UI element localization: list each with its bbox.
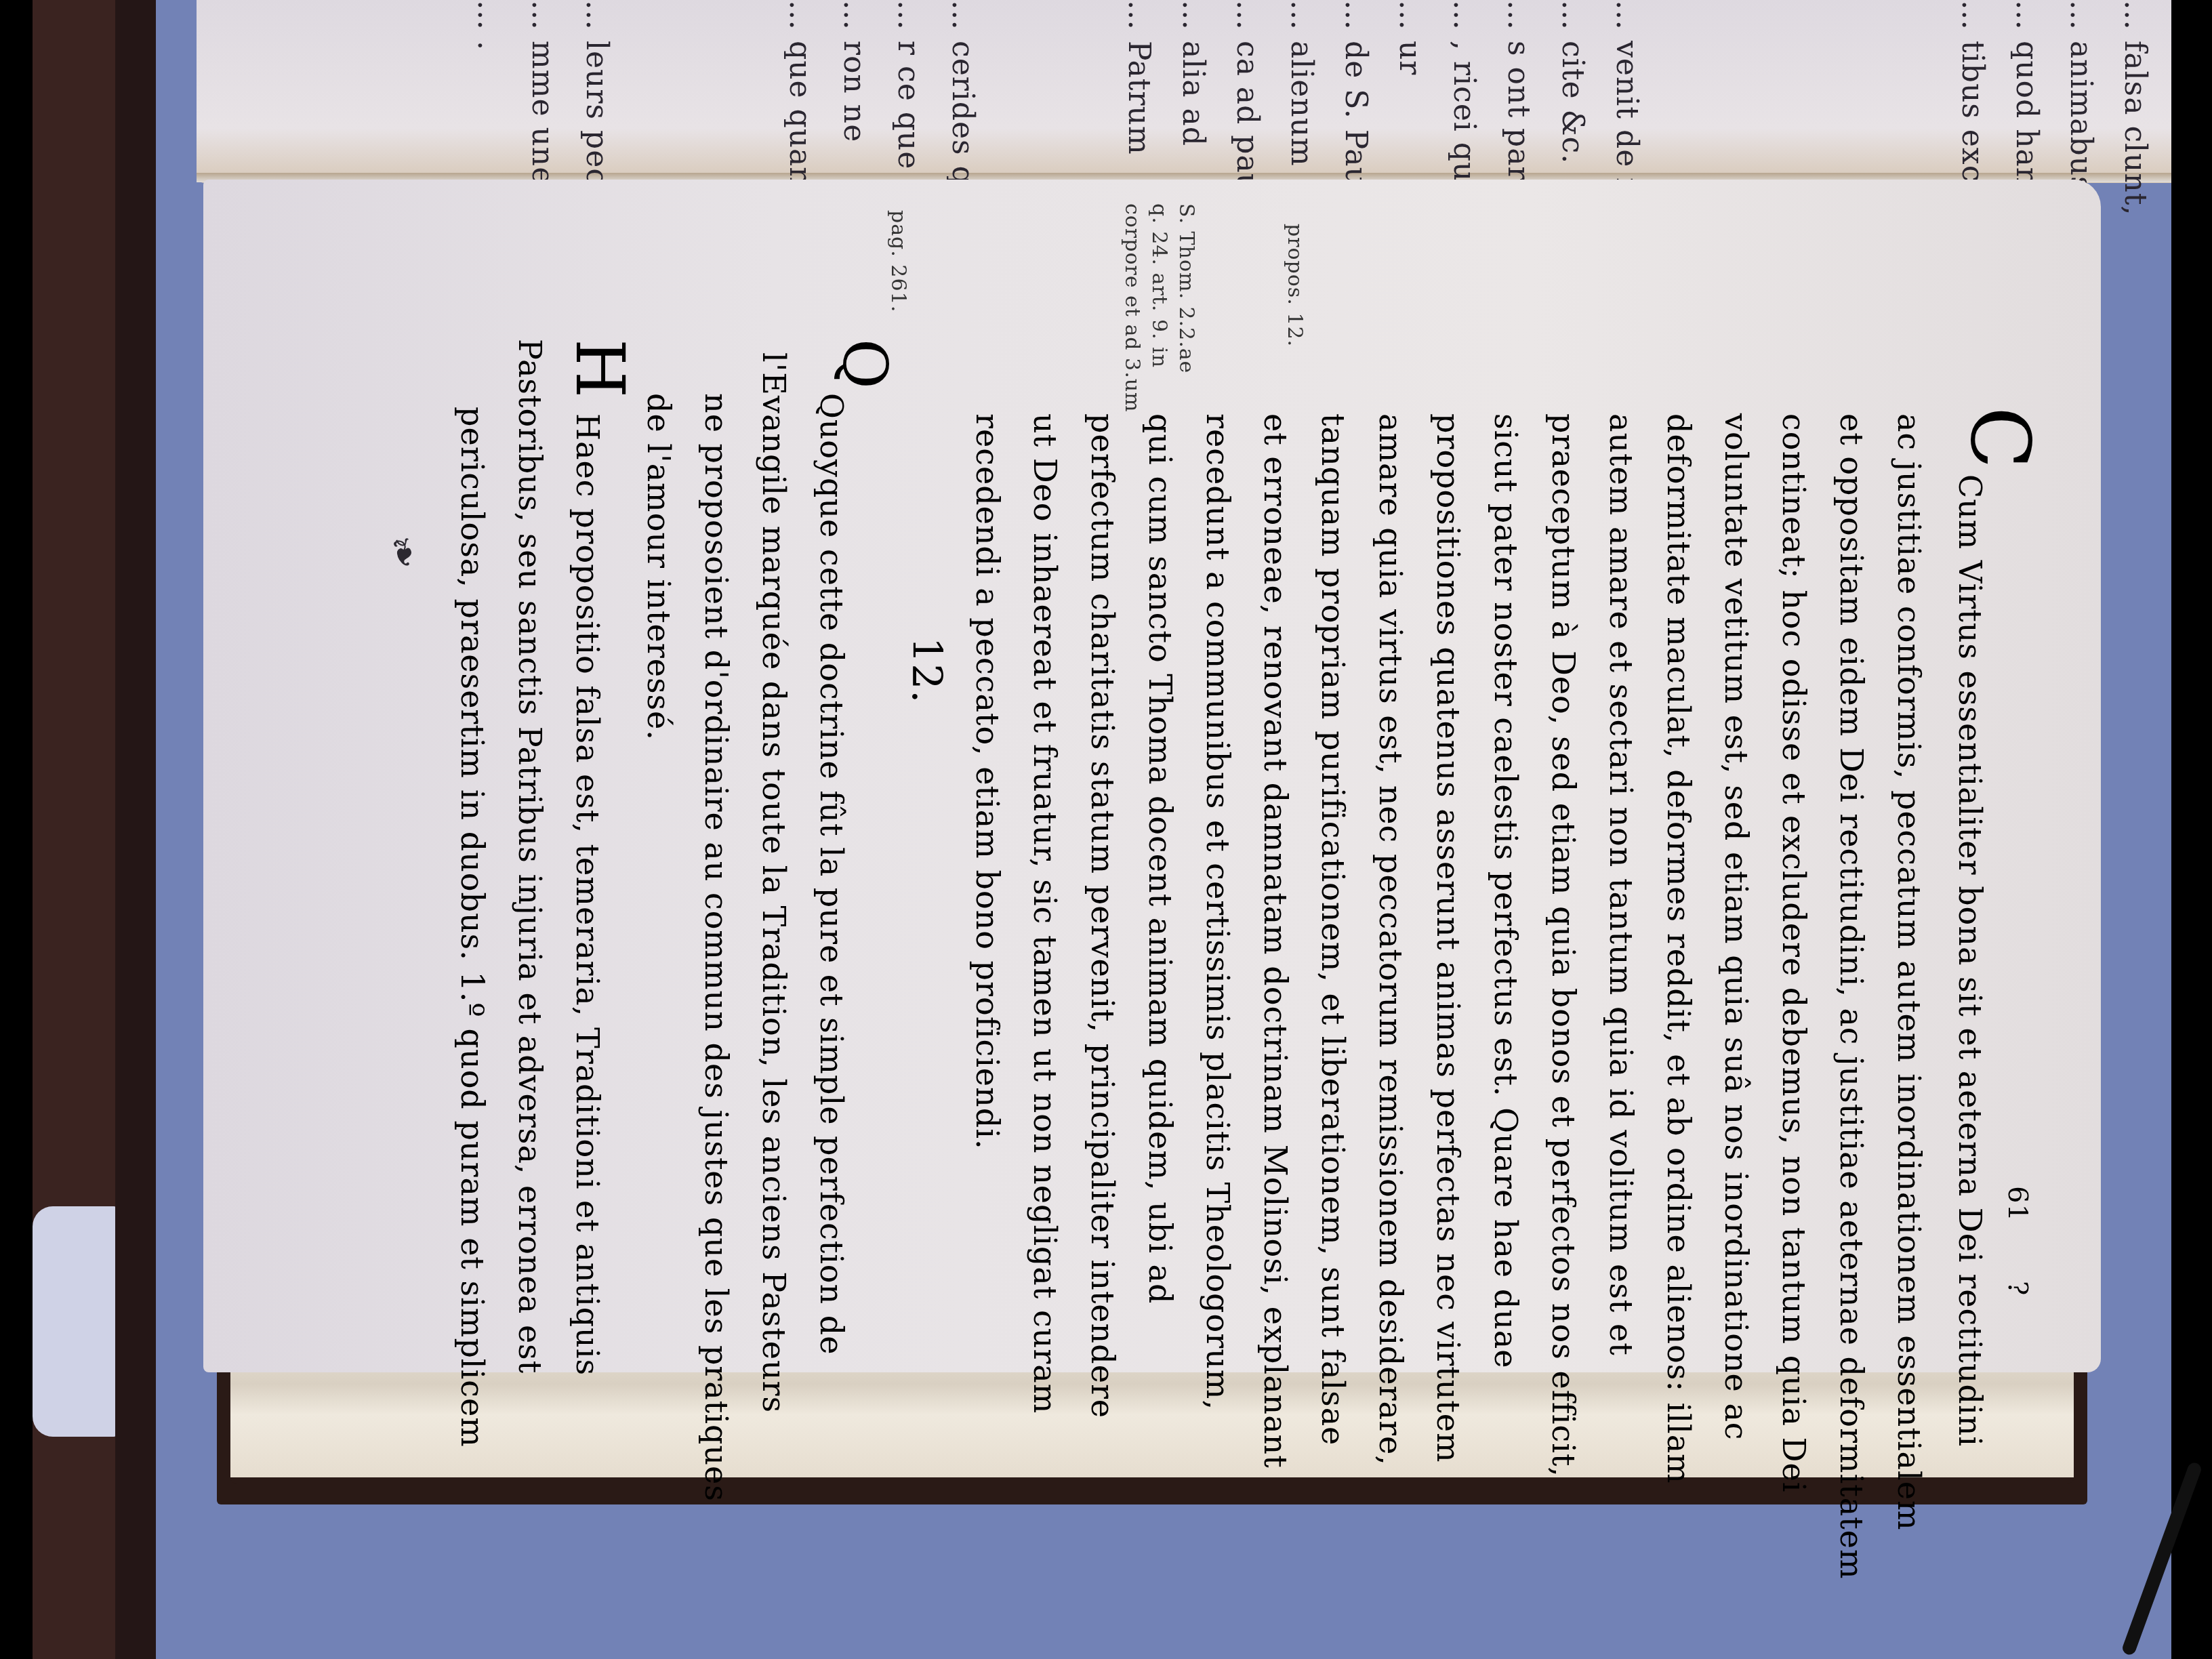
text-line: praeceptum à Deo, sed etiam quia bonos e… [1534,413,1593,1477]
text-line: autem amare et sectari non tantum quia i… [1592,413,1650,1356]
facing-line: … quod hanc [1999,0,2053,205]
text-line: recedunt a communibus et certissimis pla… [1189,413,1247,1410]
margin-note: S. Thom. 2.2.ae [1172,203,1200,373]
text-line: ac justitiae conformis, peccatum autem i… [1880,413,1938,1531]
facing-line: … alia ad [1166,0,1220,146]
facing-line: … . [461,0,515,51]
margin-note: q. 24. art. 9. in [1145,203,1172,368]
text-line: et oppositam eidem Dei rectitudini, ac j… [1822,413,1881,1580]
facing-line: … ron ne [827,0,881,142]
text-line: deformitate maculat, deformes reddit, et… [1650,413,1708,1484]
page-number: 61 [1988,1186,2047,1222]
margin-note: propos. 12. [1281,224,1308,347]
text-line: periculosa, praesertim in duobus. 1.º qu… [443,407,501,1448]
facing-line: … , ricei que [1437,0,1491,200]
text-line: Cum Virtus essentialiter bona sit et aet… [1941,474,1999,1447]
text-line: recedendi a peccato, etiam bono proficie… [958,413,1017,1150]
drop-cap: C [1959,407,2040,470]
facing-line: … Patrum [1111,0,1166,155]
text-line: ne proposoient d'ordinaire au commun des… [687,393,745,1502]
drop-cap-q: Q [823,339,905,390]
cloth [33,1206,121,1437]
facing-line: … ur [1382,0,1437,75]
facing-line: … r ce que [881,0,935,169]
facing-line: … alienum [1274,0,1328,167]
text-line: contineat; hoc odisse et excludere debem… [1765,413,1823,1492]
page-number-mark: ? [1988,1281,2047,1296]
text-line: l'Evangile marquée dans toute la Traditi… [745,352,803,1413]
text-line: Haec propositio falsa est, temeraria, Tr… [558,413,617,1376]
text-line: perfectum charitatis statum pervenit, pr… [1073,413,1132,1418]
facing-line: … s ont parle [1491,0,1545,210]
text-line: ut Deo inhaereat et fruatur, sic tamen u… [1016,413,1074,1414]
text-line: de l'amour interessé. [630,393,688,741]
text-line: Pastoribus, seu sanctis Patribus injuria… [501,339,559,1374]
drop-cap-h: H [559,339,640,398]
text-line: tanquam propriam purificationem, et libe… [1304,413,1362,1446]
text-line: qui cum sancto Thoma docent animam quide… [1131,413,1189,1304]
text-line: Quoyque cette doctrine fût la pure et si… [802,393,861,1355]
margin-note: pag. 261. [884,210,912,312]
text-line: propositiones quatenus asserunt animas p… [1419,413,1477,1463]
facing-line: … cite &c. [1545,0,1599,164]
margin-note: corpore et ad 3.um [1118,203,1145,412]
photo-black-border-left [0,0,33,1659]
table-rim [115,0,156,1659]
facing-line: … que quand [773,0,827,207]
section-number: 12. [897,637,956,703]
photo-black-border-right [2171,0,2212,1659]
text-line: voluntate vetitum est, sed etiam quia su… [1707,413,1765,1441]
text-line: sicut pater noster caelestis perfectus e… [1477,413,1535,1368]
text-line: et erroneae, renovant damnatam doctrinam… [1246,413,1305,1469]
facing-line: … animabus, [2053,0,2108,203]
text-line: amare quia virtus est, nec peccatorum re… [1361,413,1420,1466]
facing-line: … falsa clunt, [2108,0,2162,216]
